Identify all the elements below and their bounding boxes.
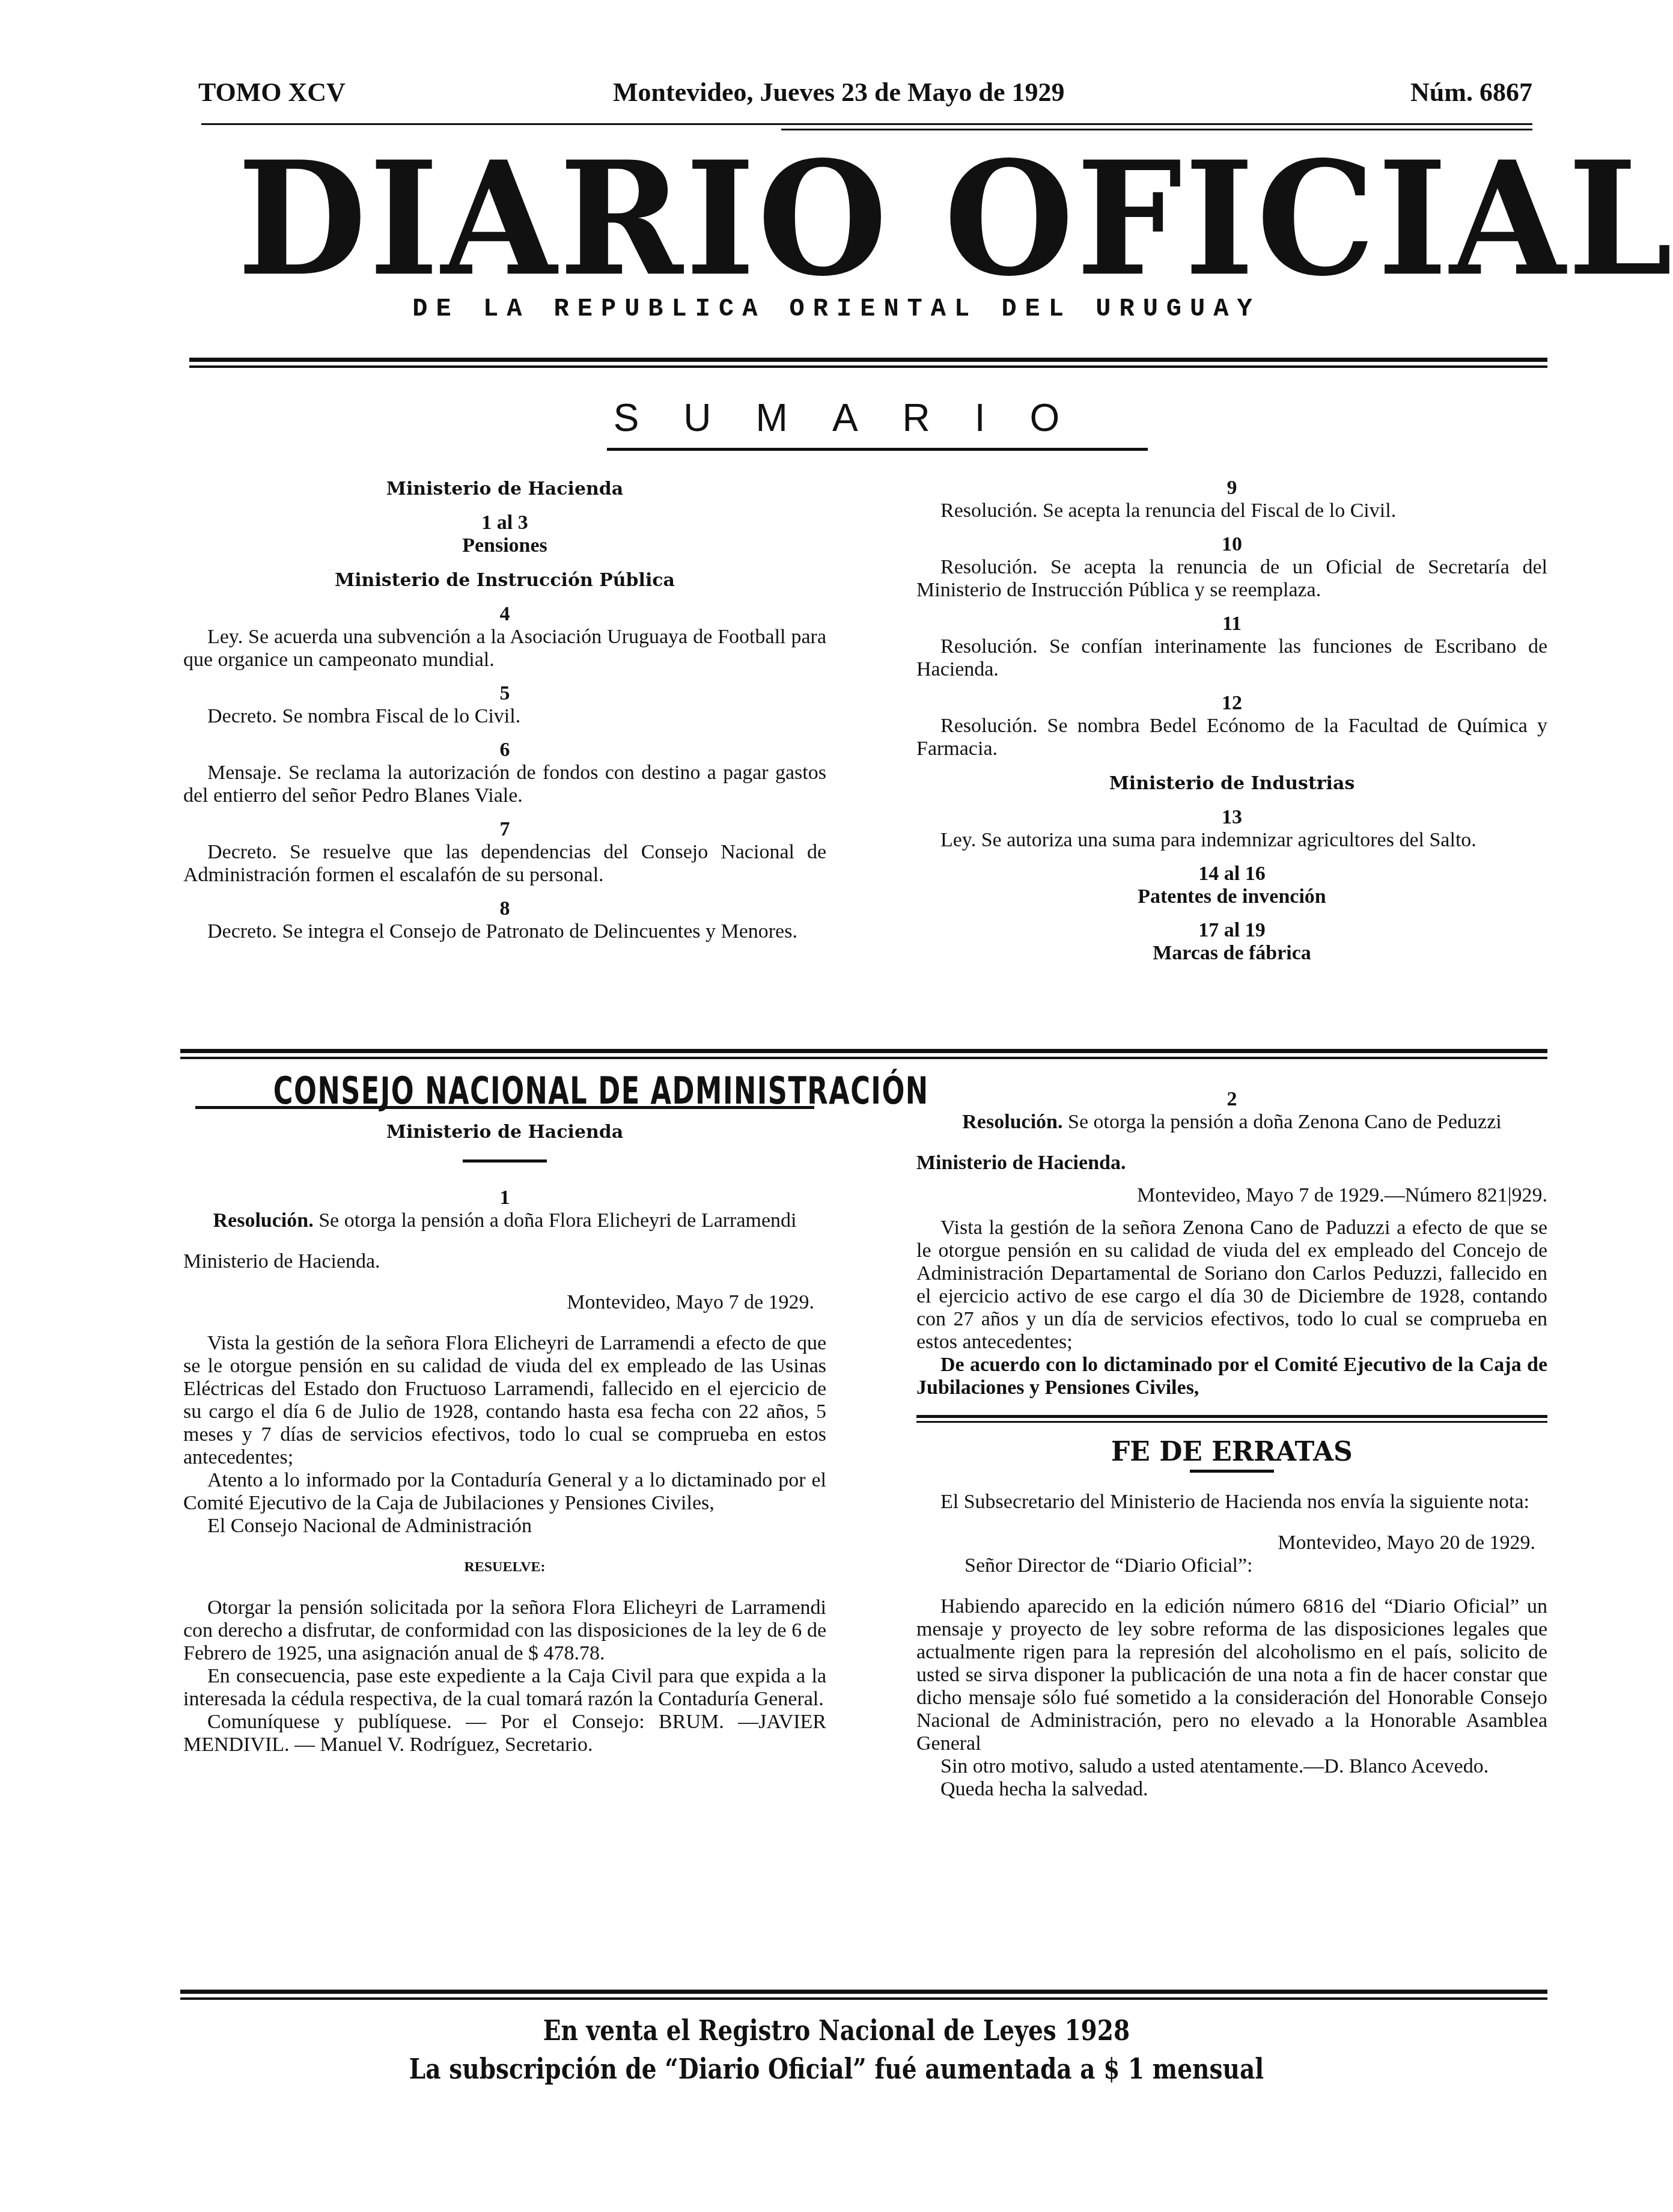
paragraph: De acuerdo con lo dictaminado por el Com… xyxy=(916,1354,1547,1399)
item-number: 8 xyxy=(183,897,826,920)
sumario-entry: Decreto. Se integra el Consejo de Patron… xyxy=(183,920,826,943)
paragraph: El Subsecretario del Ministerio de Hacie… xyxy=(916,1491,1547,1514)
erratas-rule xyxy=(916,1415,1547,1423)
dateline: Montevideo, Mayo 7 de 1929. xyxy=(183,1291,826,1314)
ministry-line: Ministerio de Hacienda. xyxy=(916,1152,1547,1175)
item-number: 2 xyxy=(916,1088,1547,1111)
sumario-entry: Resolución. Se acepta la renuncia del Fi… xyxy=(916,500,1547,522)
item-title-type: Resolución. xyxy=(213,1209,314,1232)
ministry-heading: Ministerio de Instrucción Pública xyxy=(183,569,826,592)
dateline: Montevideo, Mayo 20 de 1929. xyxy=(916,1532,1547,1554)
consejo-heading: CONSEJO NACIONAL DE ADMINISTRACIÓN xyxy=(273,1080,736,1102)
newspaper-subtitle: DE LA REPUBLICA ORIENTAL DEL URUGUAY xyxy=(0,295,1673,323)
item-number: 5 xyxy=(183,682,826,705)
item-subhead: Pensiones xyxy=(183,534,826,557)
paragraph: Vista la gestión de la señora Zenona Can… xyxy=(916,1217,1547,1354)
item-title-text: Se otorga la pensión a doña Flora Eliche… xyxy=(314,1209,797,1232)
volume-label: TOMO XCV xyxy=(198,77,346,108)
item-number: 6 xyxy=(183,739,826,762)
newspaper-title: DIARIO OFICIAL xyxy=(237,144,1553,295)
short-rule xyxy=(463,1159,547,1163)
sumario-left-column: Ministerio de Hacienda1 al 3PensionesMin… xyxy=(183,466,826,943)
item-number: 14 al 16 xyxy=(916,863,1547,885)
sumario-entry: Mensaje. Se reclama la autorización de f… xyxy=(183,762,826,807)
ministry-line: Ministerio de Hacienda. xyxy=(183,1250,826,1273)
item-title: Resolución. Se otorga la pensión a doña … xyxy=(916,1111,1547,1134)
item-subhead: Marcas de fábrica xyxy=(916,942,1547,965)
dateline: Montevideo, Mayo 7 de 1929.—Número 821|9… xyxy=(916,1184,1547,1207)
paragraph: Otorgar la pensión solicitada por la señ… xyxy=(183,1596,826,1665)
item-number: 1 al 3 xyxy=(183,512,826,534)
sumario-entry: Ley. Se acuerda una subvención a la Asoc… xyxy=(183,626,826,671)
sumario-entry: Resolución. Se confían interinamente las… xyxy=(916,635,1547,681)
item-number: 7 xyxy=(183,818,826,841)
salutation: Señor Director de “Diario Oficial”: xyxy=(916,1554,1547,1577)
erratas-heading: FE DE ERRATAS xyxy=(916,1441,1547,1464)
sumario-right-column: 9Resolución. Se acepta la renuncia del F… xyxy=(916,466,1547,965)
paragraph: Atento a lo informado por la Contaduría … xyxy=(183,1469,826,1515)
issue-number: Núm. 6867 xyxy=(1410,77,1532,108)
paragraph: Vista la gestión de la señora Flora Elic… xyxy=(183,1332,826,1469)
sumario-entry: Decreto. Se nombra Fiscal de lo Civil. xyxy=(183,705,826,728)
item-title-text: Se otorga la pensión a doña Zenona Cano … xyxy=(1063,1111,1502,1133)
sumario-entry: Decreto. Se resuelve que las dependencia… xyxy=(183,841,826,887)
paragraph: Comuníquese y publíquese. — Por el Conse… xyxy=(183,1711,826,1756)
footer-rule xyxy=(180,1990,1547,2000)
masthead-double-rule xyxy=(189,358,1547,368)
column-gutter xyxy=(874,1059,876,1997)
sumario-entry: Resolución. Se nombra Bedel Ecónomo de l… xyxy=(916,715,1547,760)
consejo-column: CONSEJO NACIONAL DE ADMINISTRACIÓN Minis… xyxy=(183,1076,826,1756)
paragraph: Habiendo aparecido en la edición número … xyxy=(916,1595,1547,1755)
item-subhead: Patentes de invención xyxy=(916,885,1547,908)
ministry-heading: Ministerio de Industrias xyxy=(916,772,1547,795)
item-number: 1 xyxy=(183,1187,826,1209)
item-number: 13 xyxy=(916,806,1547,829)
item-number: 9 xyxy=(916,477,1547,500)
sumario-heading: SUMARIO xyxy=(0,396,1673,440)
paragraph: Queda hecha la salvedad. xyxy=(916,1778,1547,1801)
section-divider-rule xyxy=(180,1049,1547,1059)
sumario-underline xyxy=(607,448,1148,451)
masthead-rule xyxy=(201,123,1532,125)
issue-date: Montevideo, Jueves 23 de Mayo de 1929 xyxy=(613,77,1065,108)
paragraph: En consecuencia, pase este expediente a … xyxy=(183,1665,826,1711)
sumario-entry: Ley. Se autoriza una suma para indemniza… xyxy=(916,829,1547,852)
item-number: 10 xyxy=(916,533,1547,556)
ministry-heading: Ministerio de Hacienda xyxy=(183,1121,826,1144)
resuelve-label: RESUELVE: xyxy=(183,1556,826,1578)
item-title: Resolución. Se otorga la pensión a doña … xyxy=(183,1209,826,1232)
item-title-type: Resolución. xyxy=(962,1111,1062,1133)
footer-notice-registro: En venta el Registro Nacional de Leyes 1… xyxy=(126,2012,1547,2049)
paragraph: El Consejo Nacional de Administración xyxy=(183,1515,826,1538)
paragraph: Sin otro motivo, saludo a usted atentame… xyxy=(916,1755,1547,1778)
right-column: 2 Resolución. Se otorga la pensión a doñ… xyxy=(916,1088,1547,1801)
masthead-info-row: TOMO XCV Montevideo, Jueves 23 de Mayo d… xyxy=(198,77,1532,113)
footer-notice-subscription: La subscripción de “Diario Oficial” fué … xyxy=(126,2051,1547,2087)
ministry-heading: Ministerio de Hacienda xyxy=(183,478,826,501)
short-rule xyxy=(1190,1470,1274,1473)
item-number: 12 xyxy=(916,692,1547,715)
item-number: 17 al 19 xyxy=(916,919,1547,942)
item-number: 4 xyxy=(183,603,826,626)
item-number: 11 xyxy=(916,613,1547,635)
sumario-entry: Resolución. Se acepta la renuncia de un … xyxy=(916,556,1547,602)
